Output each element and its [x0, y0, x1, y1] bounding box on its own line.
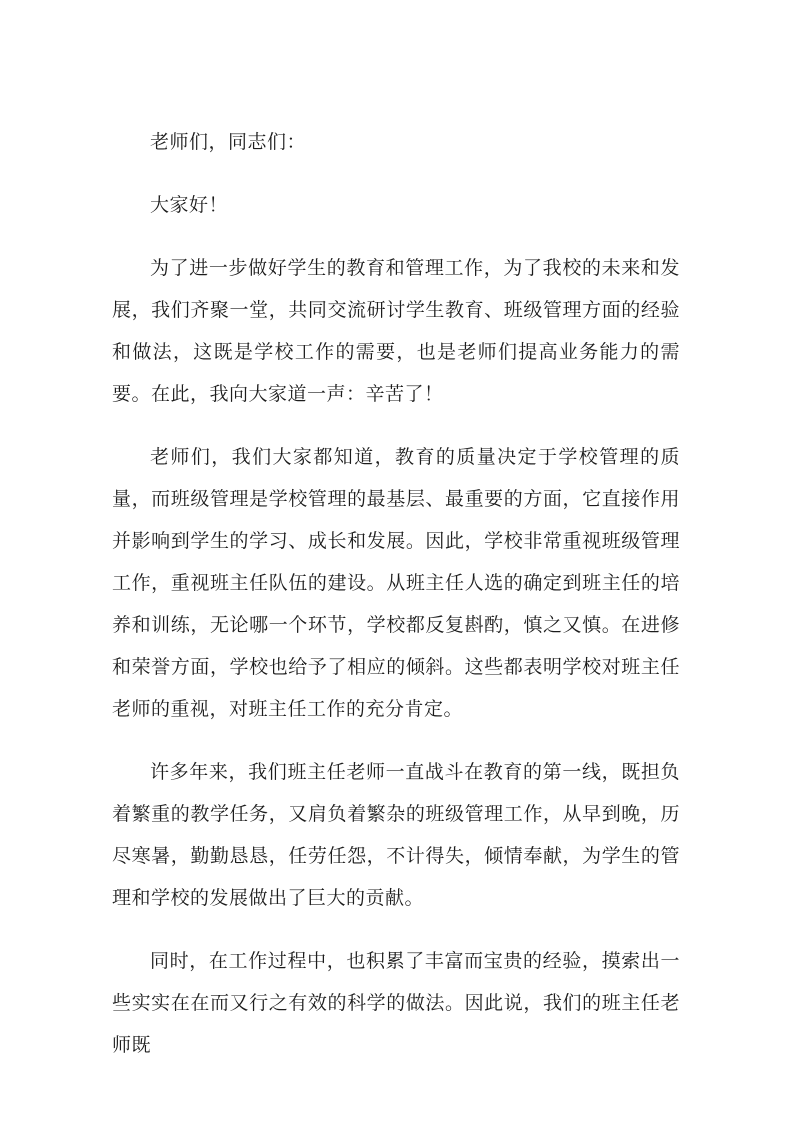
paragraph-school-management: 老师们，我们大家都知道，教育的质量决定于学校管理的质量，而班级管理是学校管理的最…: [112, 437, 680, 731]
paragraph-teachers-dedication: 许多年来，我们班主任老师一直战斗在教育的第一线，既担负着繁重的教学任务，又肩负着…: [112, 752, 680, 920]
salutation-line: 老师们，同志们：: [112, 122, 680, 164]
greeting-line: 大家好！: [112, 185, 680, 227]
paragraph-experience: 同时，在工作过程中，也积累了丰富而宝贵的经验，摸索出一些实实在在而又行之有效的科…: [112, 941, 680, 1067]
document-page: 老师们，同志们： 大家好！ 为了进一步做好学生的教育和管理工作，为了我校的未来和…: [0, 0, 793, 1122]
paragraph-intro: 为了进一步做好学生的教育和管理工作，为了我校的未来和发展，我们齐聚一堂，共同交流…: [112, 248, 680, 416]
